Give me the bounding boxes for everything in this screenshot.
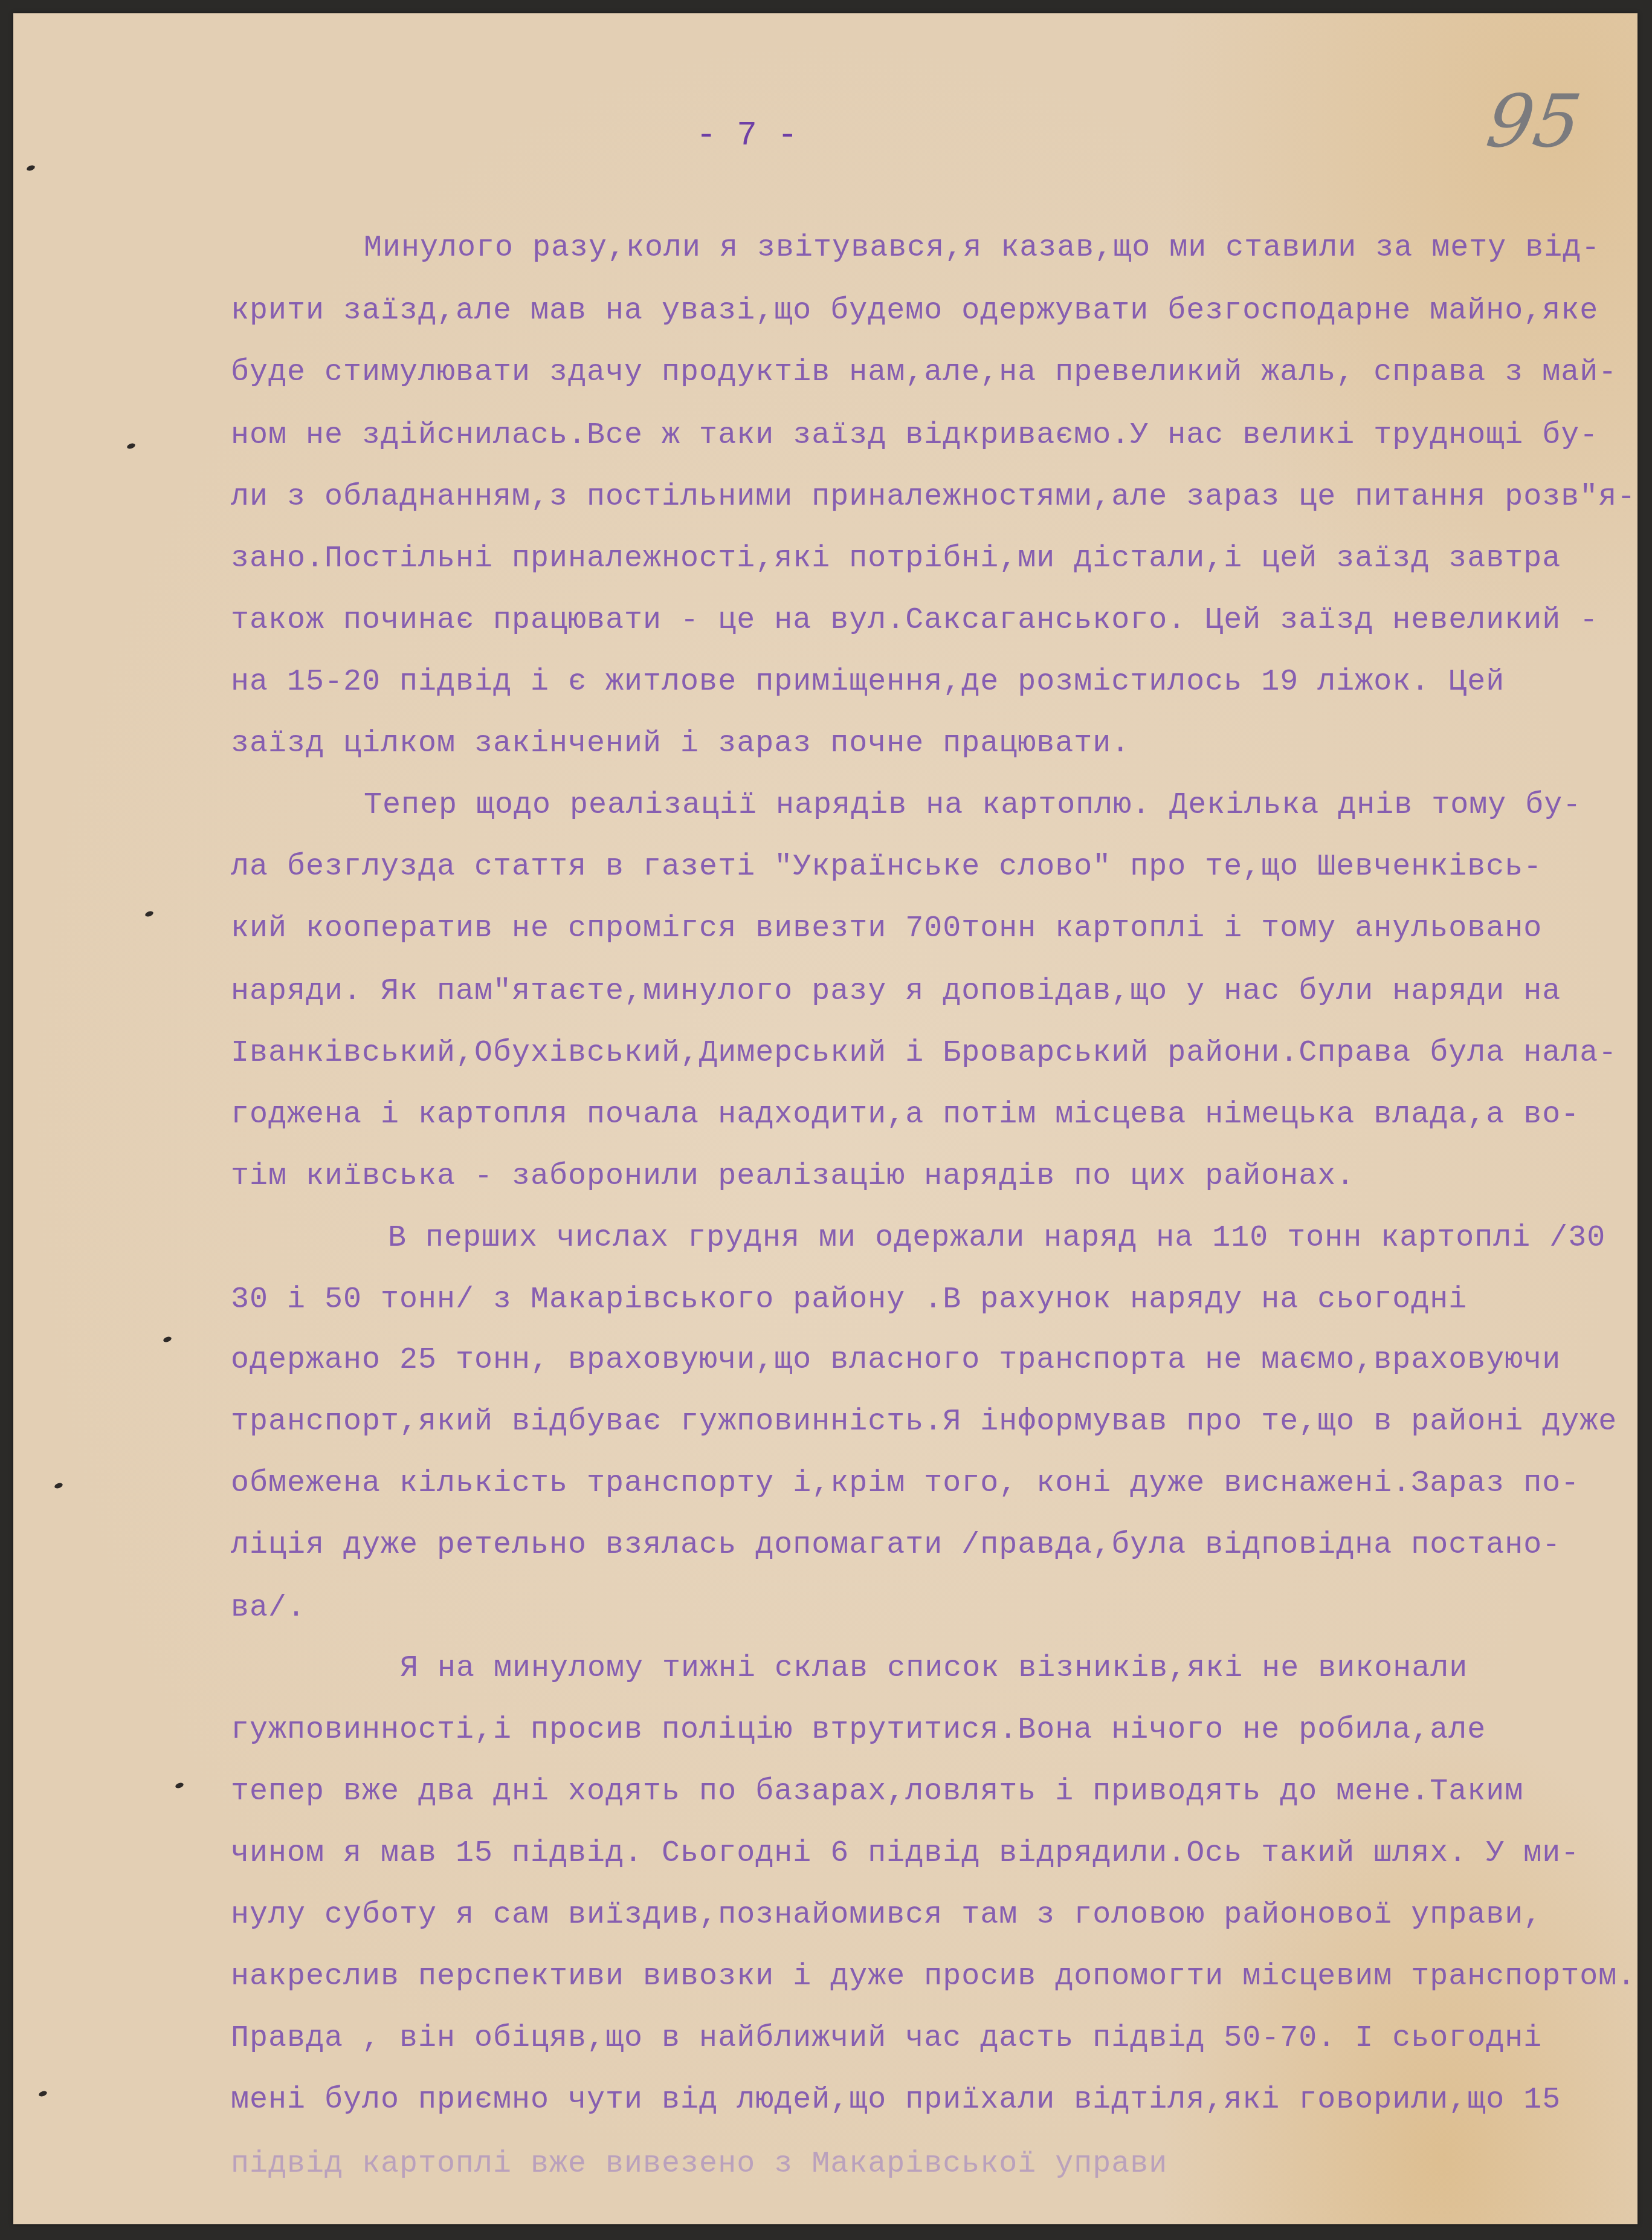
hole-punch-mark-icon (126, 442, 136, 450)
text-line: ла безглузда стаття в газеті "Українське… (231, 850, 1542, 884)
text-line: ли з обладнанням,з постільними приналежн… (231, 480, 1636, 514)
text-line: 30 і 50 тонн/ з Макарівського району .В … (231, 1283, 1467, 1317)
text-line: наряди. Як пам"ятаєте,минулого разу я до… (231, 974, 1561, 1009)
text-line: буде стимулювати здачу продуктів нам,але… (231, 355, 1617, 390)
hole-punch-mark-icon (26, 164, 36, 172)
hole-punch-mark-icon (163, 1336, 172, 1343)
text-line: Правда , він обіцяв,що в найближчий час … (231, 2021, 1542, 2056)
text-line: тім київська - заборонили реалізацію нар… (231, 1159, 1355, 1194)
document-page: - 7 - 95 Минулого разу,коли я звітувався… (13, 13, 1637, 2224)
text-line: тепер вже два дні ходять по базарах,ловл… (231, 1775, 1523, 1809)
text-line: крити заїзд,але мав на увазі,що будемо о… (231, 294, 1598, 328)
text-line: В перших числах грудня ми одержали наряд… (388, 1221, 1605, 1255)
hole-punch-mark-icon (38, 2090, 48, 2097)
text-line: накреслив перспективи вивозки і дуже про… (231, 1960, 1636, 1994)
text-line: ном не здійснилась.Все ж таки заїзд відк… (231, 418, 1598, 453)
text-line: ва/. (231, 1591, 306, 1625)
text-line: нулу суботу я сам виїздив,познайомився т… (231, 1898, 1542, 1932)
text-line: Тепер щодо реалізації нарядів на картопл… (364, 788, 1581, 823)
text-line: ліція дуже ретельно взялась допомагати /… (231, 1528, 1561, 1562)
hole-punch-mark-icon (144, 910, 154, 918)
text-line: Минулого разу,коли я звітувався,я казав,… (364, 231, 1600, 265)
text-line: також починає працювати - це на вул.Сакс… (231, 603, 1598, 638)
archival-folio-number: 95 (1482, 80, 1586, 164)
text-line: гужповинності,і просив поліцію втрутитис… (231, 1713, 1486, 1747)
text-line: годжена і картопля почала надходити,а по… (231, 1098, 1579, 1132)
text-line: Іванківський,Обухівський,Димерський і Бр… (231, 1036, 1617, 1070)
hole-punch-mark-icon (54, 1482, 63, 1489)
text-line: кий кооператив не спромігся вивезти 700т… (231, 911, 1542, 946)
text-line: транспорт,який відбуває гужповинність.Я … (231, 1405, 1617, 1439)
hole-punch-mark-icon (175, 1782, 184, 1789)
text-line: заїзд цілком закінчений і зараз почне пр… (231, 727, 1130, 761)
text-line-faded: підвід картоплі вже вивезено з Макарівсь… (231, 2147, 1167, 2181)
text-line: обмежена кількість транспорту і,крім тог… (231, 1466, 1579, 1501)
text-line: на 15-20 підвід і є житлове приміщення,д… (231, 665, 1505, 699)
text-line: мені було приємно чути від людей,що приї… (231, 2083, 1561, 2117)
text-line: одержано 25 тонн, враховуючи,що власного… (231, 1343, 1561, 1377)
text-line: Я на минулому тижні склав список візникі… (400, 1651, 1468, 1686)
page-number: - 7 - (696, 116, 798, 155)
text-line: зано.Постільні приналежності,які потрібн… (231, 542, 1561, 576)
text-line: чином я мав 15 підвід. Сьогодні 6 підвід… (231, 1836, 1579, 1871)
